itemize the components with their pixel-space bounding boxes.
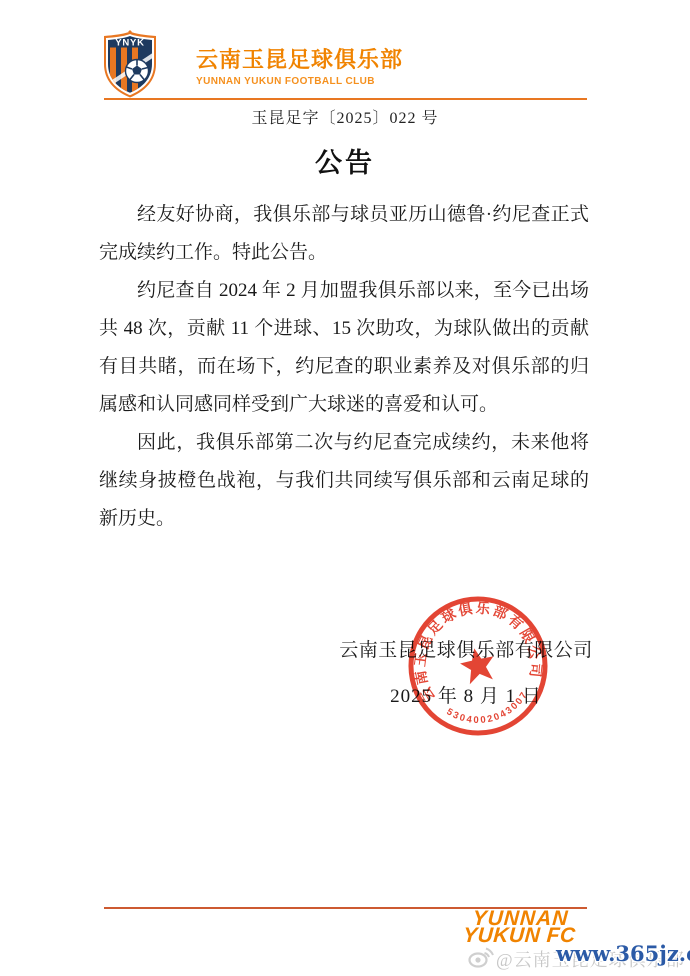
club-crest-logo: YNYK xyxy=(98,30,162,98)
body-paragraph-1: 经友好协商，我俱乐部与球员亚历山德鲁·约尼查正式完成续约工作。特此公告。 xyxy=(99,196,589,272)
site-url-watermark: www.365jz.com xyxy=(556,941,690,966)
body-paragraph-3: 因此，我俱乐部第二次与约尼查完成续约，未来他将继续身披橙色战袍，与我们共同续写俱… xyxy=(99,424,589,538)
seal-ring-text: 云南玉昆足球俱乐部有限公司 xyxy=(399,588,547,707)
announcement-page: YNYK 云南玉昆足球俱乐部 YUNNAN YUKUN FOOTBALL CLU… xyxy=(0,0,690,976)
document-title: 公告 xyxy=(0,141,690,180)
seal-star xyxy=(458,645,498,686)
header-divider-rule xyxy=(104,98,587,100)
document-body: 经友好协商，我俱乐部与球员亚历山德鲁·约尼查正式完成续约工作。特此公告。 约尼查… xyxy=(99,196,589,538)
document-ref-number: 玉昆足字〔2025〕022 号 xyxy=(0,105,690,128)
club-wordmark: YUNNAN YUKUN FC xyxy=(437,910,603,944)
body-paragraph-2: 约尼查自 2024 年 2 月加盟我俱乐部以来，至今已出场共 48 次，贡献 1… xyxy=(99,272,589,424)
official-seal-stamp: 云南玉昆足球俱乐部有限公司 5304002043007 xyxy=(396,584,560,748)
weibo-icon xyxy=(468,946,494,968)
crest-abbr-text: YNYK xyxy=(115,38,145,49)
club-name-english: YUNNAN YUKUN FOOTBALL CLUB xyxy=(196,76,403,87)
svg-text:云南玉昆足球俱乐部有限公司: 云南玉昆足球俱乐部有限公司 xyxy=(399,588,547,707)
club-name-chinese: 云南玉昆足球俱乐部 xyxy=(196,47,403,73)
club-name-block: 云南玉昆足球俱乐部 YUNNAN YUKUN FOOTBALL CLUB xyxy=(196,47,403,87)
